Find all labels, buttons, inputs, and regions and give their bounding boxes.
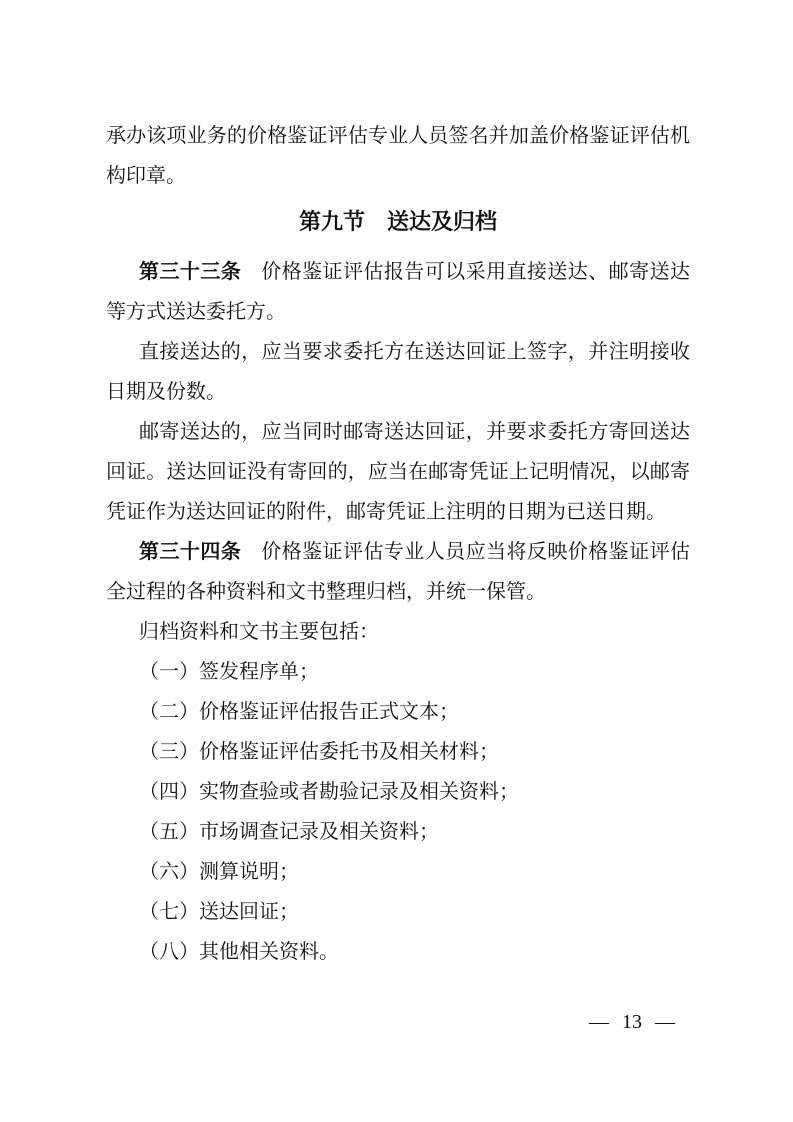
archive-list-item-1: （一）签发程序单； <box>106 652 690 692</box>
archive-list-item-3: （三）价格鉴证评估委托书及相关材料； <box>106 732 690 772</box>
page-footer: —13— <box>106 1008 690 1036</box>
paragraph-intro-continuation: 承办该项业务的价格鉴证评估专业人员签名并加盖价格鉴证评估机构印章。 <box>106 116 690 196</box>
article-33-number: 第三十三条 <box>139 261 241 283</box>
archive-list-item-8: （八）其他相关资料。 <box>106 932 690 972</box>
archive-list-item-6: （六）测算说明； <box>106 852 690 892</box>
archive-list-item-5: （五）市场调查记录及相关资料； <box>106 812 690 852</box>
footer-dash-right: — <box>655 1008 675 1036</box>
document-page: 承办该项业务的价格鉴证评估专业人员签名并加盖价格鉴证评估机构印章。 第九节 送达… <box>0 0 793 1122</box>
paragraph-direct-delivery: 直接送达的，应当要求委托方在送达回证上签字，并注明接收日期及份数。 <box>106 332 690 412</box>
section-heading: 第九节 送达及归档 <box>106 202 690 242</box>
paragraph-mail-delivery: 邮寄送达的，应当同时邮寄送达回证，并要求委托方寄回送达回证。送达回证没有寄回的，… <box>106 412 690 532</box>
archive-list-item-2: （二）价格鉴证评估报告正式文本； <box>106 692 690 732</box>
page-number: 13 <box>622 1008 642 1036</box>
paragraph-archive-intro: 归档资料和文书主要包括： <box>106 612 690 652</box>
paragraph-article-34: 第三十四条价格鉴证评估专业人员应当将反映价格鉴证评估全过程的各种资料和文书整理归… <box>106 532 690 612</box>
paragraph-article-33: 第三十三条价格鉴证评估报告可以采用直接送达、邮寄送达等方式送达委托方。 <box>106 252 690 332</box>
article-34-number: 第三十四条 <box>139 541 241 563</box>
footer-dash-left: — <box>589 1008 609 1036</box>
archive-list-item-7: （七）送达回证； <box>106 892 690 932</box>
document-body: 承办该项业务的价格鉴证评估专业人员签名并加盖价格鉴证评估机构印章。 第九节 送达… <box>106 116 690 972</box>
archive-list-item-4: （四）实物查验或者勘验记录及相关资料； <box>106 772 690 812</box>
